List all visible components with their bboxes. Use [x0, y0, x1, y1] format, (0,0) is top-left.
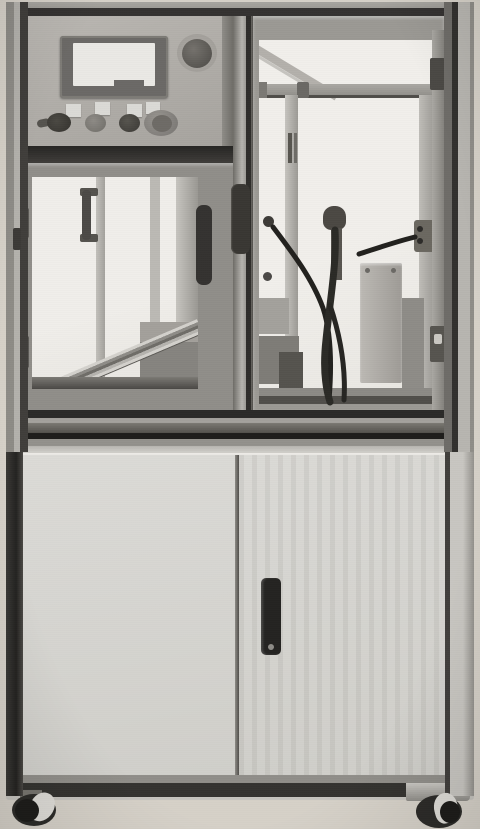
mid-rail — [22, 410, 452, 418]
cabinet-base-band — [22, 783, 452, 797]
post-slot — [288, 133, 292, 163]
right-frame-post-lower — [445, 452, 474, 796]
display-notch — [114, 80, 144, 86]
panel-right-shade — [222, 16, 233, 147]
cabinet-left-door — [22, 455, 235, 777]
button-label-plate — [66, 104, 81, 117]
top-frame-groove — [16, 8, 466, 16]
chamber-platform — [32, 377, 198, 389]
fixture-block — [259, 298, 289, 334]
post-slot — [294, 133, 297, 163]
panel-button-1 — [47, 113, 71, 132]
left-door-latch — [196, 205, 212, 285]
screw — [391, 268, 396, 273]
interior-post — [96, 177, 105, 389]
mid-rail — [22, 439, 452, 446]
fixture-stem — [331, 228, 342, 280]
connector-pin — [417, 226, 423, 232]
foot-shadow — [440, 801, 460, 823]
left-door-glass — [32, 177, 198, 389]
panel-button-4-center — [152, 115, 172, 132]
mid-rail — [22, 446, 452, 453]
fixture-block — [402, 298, 424, 398]
rail-joint — [297, 82, 309, 98]
hinge-pin — [434, 334, 442, 344]
photo-industrial-test-machine: Black-and-white photograph of an industr… — [0, 0, 480, 829]
fixture-block — [279, 352, 303, 392]
left-frame-post-lower — [6, 452, 23, 796]
right-door-hinge — [430, 58, 445, 90]
leveling-foot-left — [12, 790, 60, 828]
panel-button-3 — [119, 114, 140, 132]
right-frame-post — [444, 2, 474, 452]
round-push-button — [182, 39, 212, 68]
right-door-latch — [231, 184, 250, 254]
connector-bolt — [263, 216, 274, 227]
cabinet-door-seam — [235, 455, 239, 777]
fixture-cap — [323, 206, 346, 230]
mid-rail — [22, 423, 452, 433]
panel-lower-trim — [22, 146, 233, 163]
foot-shadow — [15, 799, 39, 822]
frame-hinge-knuckle — [13, 228, 21, 250]
panel-button-2 — [85, 114, 106, 132]
chamber-base-shadow — [259, 396, 436, 404]
handle-screw — [268, 644, 274, 650]
left-frame-post — [6, 2, 28, 452]
screw — [365, 268, 370, 273]
connector-pin — [417, 238, 423, 244]
equipment-box — [360, 263, 402, 383]
button-label-plate — [95, 102, 110, 115]
connector-bolt — [263, 272, 272, 281]
leveling-foot-right — [414, 793, 462, 829]
right-door-glass — [259, 40, 436, 404]
left-door-handle — [82, 190, 91, 240]
rail-joint — [259, 82, 267, 98]
